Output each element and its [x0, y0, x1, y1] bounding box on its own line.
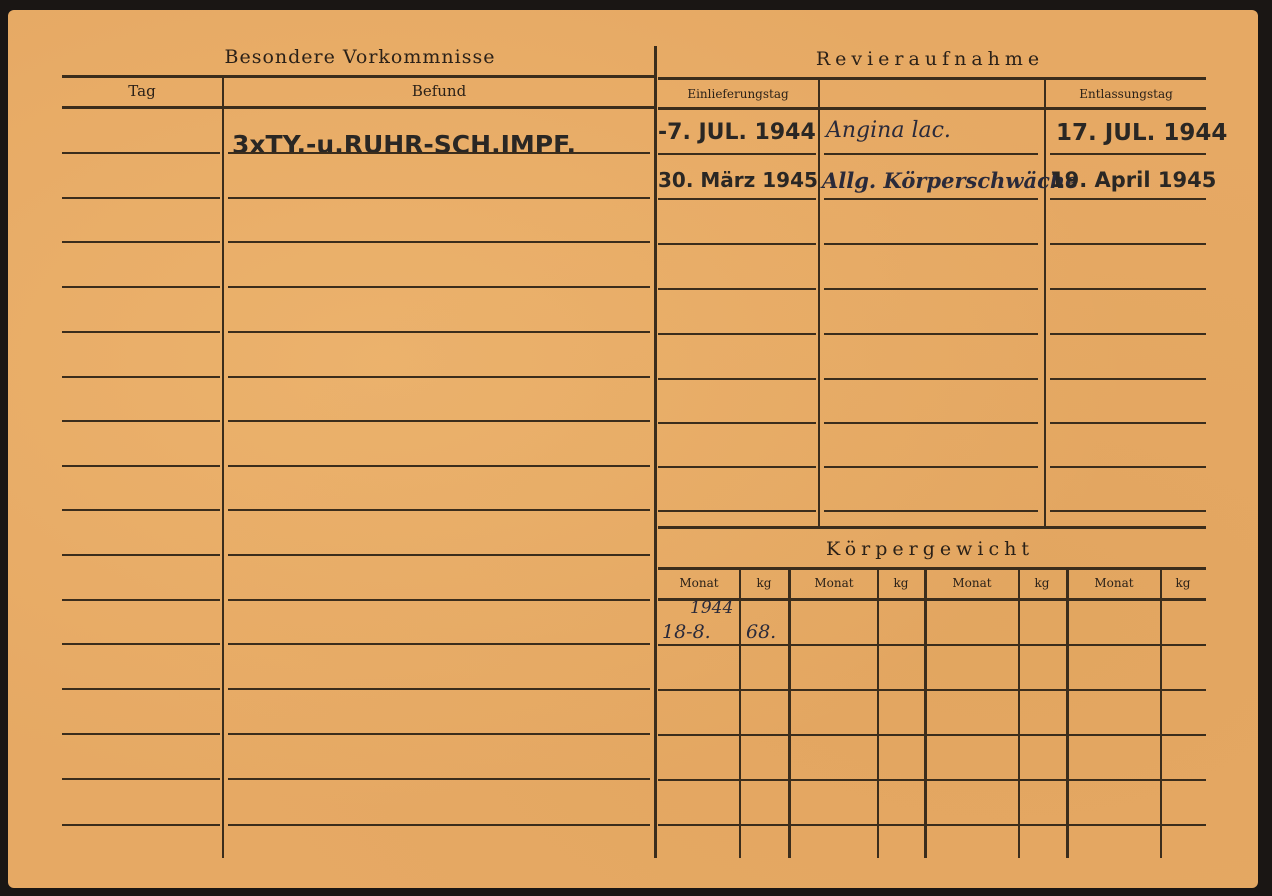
koerpergewicht-title: Körpergewicht: [790, 538, 1070, 560]
weight-col-monat-1: Monat: [658, 576, 740, 590]
left-header-bottom-rule: [62, 106, 654, 109]
weight-col-monat-2: Monat: [790, 576, 878, 590]
weight-col-kg-2: kg: [878, 576, 924, 590]
weight-col-monat-3: Monat: [926, 576, 1018, 590]
entlassung-date-2: 19. April 1945: [1050, 168, 1216, 192]
weight-col-kg-3: kg: [1018, 576, 1066, 590]
besondere-vorkommnisse-title: Besondere Vorkommnisse: [200, 46, 520, 68]
diagnosis-2: Allg. Körperschwäche: [822, 168, 1079, 193]
entlassung-date-1: 17. JUL. 1944: [1056, 120, 1227, 146]
einlieferung-divider: [818, 80, 820, 526]
diagnosis-1: Angina lac.: [826, 118, 951, 143]
tag-befund-divider: [222, 76, 224, 858]
einlieferung-date-2: 30. März 1945: [658, 168, 818, 192]
weight-col-kg-1: kg: [740, 576, 788, 590]
befund-stamp-vaccination: 3xTY.-u.RUHR-SCH.IMPF.: [232, 130, 576, 159]
revieraufnahme-title: Revieraufnahme: [780, 48, 1080, 70]
weight-entry-kg: 68.: [746, 621, 776, 643]
main-section-divider: [654, 46, 657, 858]
right-header-top-rule: [658, 77, 1206, 80]
einlieferung-date-1: -7. JUL. 1944: [658, 120, 816, 145]
left-header-top-rule: [62, 75, 654, 78]
tag-column-header: Tag: [62, 82, 222, 100]
revier-bottom-rule: [658, 526, 1206, 529]
entlassungstag-header: Entlassungstag: [1046, 87, 1206, 101]
weight-col-kg-4: kg: [1160, 576, 1206, 590]
entlassung-divider: [1044, 80, 1046, 526]
weight-entry-monat: 18-8.: [662, 621, 711, 643]
right-header-bottom-rule: [658, 107, 1206, 110]
weight-col-monat-4: Monat: [1068, 576, 1160, 590]
weight-entry-year: 1944: [690, 598, 733, 618]
befund-column-header: Befund: [224, 82, 654, 100]
einlieferungstag-header: Einlieferungstag: [658, 87, 818, 101]
